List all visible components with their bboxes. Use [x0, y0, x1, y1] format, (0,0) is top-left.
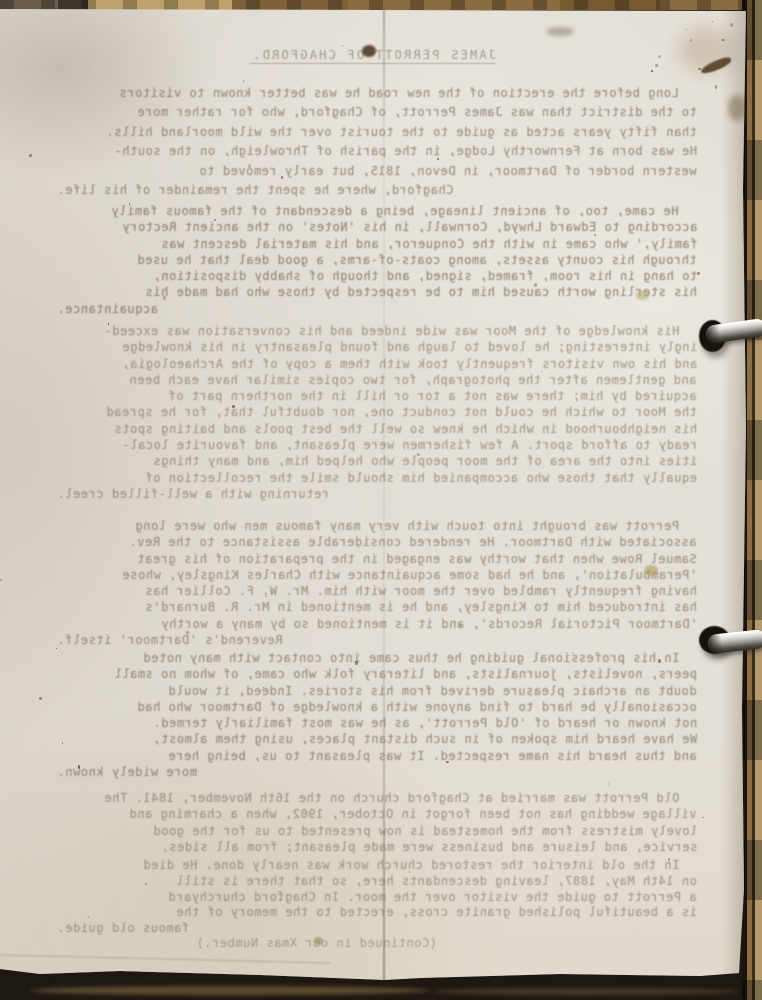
typed-text-line: 'Dartmoor Pictorial Records', and it is …: [57, 616, 697, 632]
typed-text-line: Samuel Rowe when that worthy was engaged…: [57, 551, 697, 567]
paper-speck: [243, 80, 245, 82]
typed-text: 'Perambulation', and he had some acquain…: [122, 567, 697, 583]
typed-text: and thus heard his name respected. It wa…: [168, 748, 697, 764]
typed-text: Perrott was brought into touch with very…: [135, 518, 679, 534]
photo-of-document: JAMES PERROTT OF CHAGFORD. Long before t…: [0, 0, 762, 1000]
typed-text: a Perrott to guide the visitor over the …: [168, 890, 697, 906]
typed-text: than fifty years acted as guide to the t…: [106, 123, 697, 142]
typed-text-line: acquaintance.: [57, 301, 697, 317]
typed-text-line: and gentlemen after the photograph, for …: [57, 372, 697, 388]
paper-speck: [722, 39, 724, 41]
typed-text: Chagford, where he spent the remainder o…: [57, 181, 454, 200]
shelf-top-edge: [0, 0, 762, 10]
typed-text: famous old guide.: [57, 921, 189, 937]
typed-text-line: Long before the erection of the new road…: [57, 84, 697, 103]
typed-text: western border of Dartmoor, in Devon, 18…: [199, 162, 697, 181]
fold-crease-bottom: [0, 954, 330, 964]
typed-text: to hang in his room, framed, signed, and…: [153, 268, 697, 284]
typed-text-line: to the district than was James Perrott, …: [57, 103, 697, 122]
typed-text-line: having frequently rambled over the moor …: [57, 583, 697, 599]
typed-text: through his county assets, among coats-o…: [137, 252, 697, 268]
typed-text: and his own visitors frequently took wit…: [122, 356, 697, 372]
paper-speck: [698, 68, 701, 70]
typed-text: service, and leisure and business were m…: [161, 839, 697, 855]
typed-text: according to Edward Lhwyd, Cornwall, in …: [122, 219, 697, 235]
typed-text-line: He came, too, of ancient lineage, being …: [57, 203, 697, 219]
document-page: JAMES PERROTT OF CHAGFORD. Long before t…: [0, 9, 747, 987]
typed-text-line: is a beautiful polished granite cross, e…: [57, 905, 697, 921]
paragraph: In his professional guiding he thus came…: [57, 650, 697, 780]
typed-text-line: doubt an archaic pleasure derived from h…: [57, 683, 697, 699]
typed-text-line: service, and leisure and business were m…: [57, 839, 697, 855]
typed-text-line: ingly interesting; he loved to laugh and…: [57, 339, 697, 355]
typed-text-line: and his own visitors frequently took wit…: [57, 356, 697, 372]
typed-text-line: acquired by him; there was not a tor or …: [57, 388, 697, 404]
page-edge-shadow: [721, 9, 747, 987]
typed-text-line: according to Edward Lhwyd, Cornwall, in …: [57, 219, 697, 235]
typed-text-line: associated with Dartmoor. He rendered co…: [57, 534, 697, 550]
typed-text-line: peers, novelists, journalists, and liter…: [57, 666, 697, 682]
typed-text: We have heard him spoken of in such dist…: [153, 731, 697, 747]
typed-text-line: ities into the area of the moor people w…: [57, 453, 697, 469]
paragraph: Perrott was brought into touch with very…: [57, 518, 697, 648]
typed-text-line: equally that those who accompanied him s…: [57, 470, 697, 486]
typed-text: peers, novelists, journalists, and liter…: [114, 666, 697, 682]
desk-surface-streak: [430, 988, 740, 995]
typed-text-line: a Perrott to guide the visitor over the …: [57, 890, 697, 906]
typed-text: has introduced him to Kingsley, and he i…: [145, 599, 697, 615]
typed-text-line: family,' who came in with the Conqueror,…: [57, 236, 697, 252]
typed-text: equally that those who accompanied him s…: [145, 470, 697, 486]
typed-text-line: Chagford, where he spent the remainder o…: [57, 181, 697, 200]
typed-text: more widely known.: [57, 764, 197, 780]
typed-text-line: has introduced him to Kingsley, and he i…: [57, 599, 697, 615]
typed-text: the Moor to which he could not conduct o…: [106, 404, 697, 420]
typed-text: acquired by him; there was not a tor or …: [168, 388, 697, 404]
continuation-note-text: (Continued in our Xmas Number.): [196, 936, 437, 950]
typed-text-line: Perrott was brought into touch with very…: [57, 518, 697, 534]
typed-text: not known or heard of 'Old Perrott', as …: [153, 715, 697, 731]
paper-speck: [651, 70, 652, 71]
typed-text: to the district than was James Perrott, …: [137, 103, 697, 122]
desk-surface-streak: [30, 986, 430, 995]
paper-speck: [715, 85, 717, 88]
typed-text-line: In his professional guiding he thus came…: [57, 650, 697, 666]
page-heading: JAMES PERROTT OF CHAGFORD.: [0, 44, 747, 64]
typed-text-line: his sterling worth caused him to be resp…: [57, 284, 697, 300]
typed-text: is a beautiful polished granite cross, e…: [176, 905, 697, 921]
paper-speck: [608, 783, 609, 785]
continuation-note: (Continued in our Xmas Number.): [57, 936, 577, 950]
typed-text: ities into the area of the moor people w…: [153, 453, 697, 469]
typed-text: Samuel Rowe when that worthy was engaged…: [137, 551, 697, 567]
typed-text-line: In the old interior the restored church …: [57, 858, 697, 874]
typed-text-line: 'Perambulation', and he had some acquain…: [57, 567, 697, 583]
typed-text-line: western border of Dartmoor, in Devon, 18…: [57, 162, 697, 181]
typed-text-line: We have heard him spoken of in such dist…: [57, 731, 697, 747]
typed-text: his neighbourhood in which he knew so we…: [114, 421, 697, 437]
typed-text: His knowledge of the Moor was wide indee…: [104, 323, 679, 339]
typed-text-line: village wedding has not been forgot in O…: [57, 806, 697, 822]
paragraph: His knowledge of the Moor was wide indee…: [57, 323, 697, 502]
typed-text-line: the Moor to which he could not conduct o…: [57, 404, 697, 420]
typed-text: his sterling worth caused him to be resp…: [145, 284, 697, 300]
typed-text-line: Reverend's 'Dartmoor' itself.: [57, 632, 697, 648]
binder-spine-edge: [742, 0, 762, 1000]
typed-text-line: his neighbourhood in which he knew so we…: [57, 421, 697, 437]
paper-speck: [686, 29, 687, 30]
typed-text: and gentlemen after the photograph, for …: [129, 372, 697, 388]
stain: [728, 95, 746, 121]
paper-speck: [39, 697, 42, 700]
typed-text-line: more widely known.: [57, 764, 697, 780]
typed-text-line: than fifty years acted as guide to the t…: [57, 123, 697, 142]
paragraph: Old Perrott was married at Chagford chur…: [57, 790, 697, 855]
typed-text-line: Old Perrott was married at Chagford chur…: [57, 790, 697, 806]
typed-text: ready to afford sport. A few fishermen w…: [122, 437, 697, 453]
typed-text-line: returning with a well-filled creel.: [57, 486, 697, 502]
paper-speck: [730, 23, 733, 27]
typed-text-line: lovely mistress from the homestead is no…: [57, 823, 697, 839]
typed-text: occasionally be hard to find anyone with…: [137, 699, 697, 715]
typed-text-line: occasionally be hard to find anyone with…: [57, 699, 697, 715]
typed-text: lovely mistress from the homestead is no…: [153, 823, 697, 839]
typed-text: doubt an archaic pleasure derived from h…: [168, 683, 697, 699]
paper-speck: [0, 579, 2, 580]
typed-text-line: not known or heard of 'Old Perrott', as …: [57, 715, 697, 731]
typed-text-line: He was born at Fernworthy Lodge, in the …: [57, 142, 697, 161]
paper-speck: [29, 154, 32, 157]
typed-text-line: famous old guide.: [57, 921, 697, 937]
typed-text: 'Dartmoor Pictorial Records', and it is …: [161, 616, 697, 632]
typed-text: In his professional guiding he thus came…: [143, 650, 679, 666]
typed-text-line: His knowledge of the Moor was wide indee…: [57, 323, 697, 339]
typed-text: Long before the erection of the new road…: [119, 84, 679, 103]
paper-speck: [702, 817, 704, 819]
typed-text: associated with Dartmoor. He rendered co…: [129, 534, 697, 550]
typed-text: He was born at Fernworthy Lodge, in the …: [114, 142, 697, 161]
typed-text: In the old interior the restored church …: [143, 858, 679, 874]
typed-text: acquaintance.: [57, 301, 158, 317]
paragraph: He came, too, of ancient lineage, being …: [57, 203, 697, 317]
typed-text: Reverend's 'Dartmoor' itself.: [57, 632, 282, 648]
typed-text-line: through his county assets, among coats-o…: [57, 252, 697, 268]
typed-text: family,' who came in with the Conqueror,…: [161, 236, 697, 252]
paper-speck: [690, 39, 693, 42]
paper-speck: [655, 64, 658, 67]
typed-text: returning with a well-filled creel.: [57, 486, 329, 502]
typed-text: on 14th May, 1887, leaving descendants h…: [176, 874, 697, 890]
typed-text-line: to hang in his room, framed, signed, and…: [57, 268, 697, 284]
typed-text: having frequently rambled over the moor …: [145, 583, 697, 599]
typed-text-line: ready to afford sport. A few fishermen w…: [57, 437, 697, 453]
typed-text: He came, too, of ancient lineage, being …: [111, 203, 679, 219]
paragraph: Long before the erection of the new road…: [57, 84, 697, 200]
paper-speck: [697, 272, 700, 275]
typed-text: Old Perrott was married at Chagford chur…: [104, 790, 679, 806]
stain: [546, 27, 574, 36]
typed-text: village wedding has not been forgot in O…: [129, 806, 697, 822]
paper-speck: [712, 21, 713, 22]
page-heading-text: JAMES PERROTT OF CHAGFORD.: [251, 48, 496, 64]
typed-text: ingly interesting; he loved to laugh and…: [122, 339, 697, 355]
typed-text-line: on 14th May, 1887, leaving descendants h…: [57, 874, 697, 890]
paragraph: In the old interior the restored church …: [57, 858, 697, 937]
typed-text-line: and thus heard his name respected. It wa…: [57, 748, 697, 764]
